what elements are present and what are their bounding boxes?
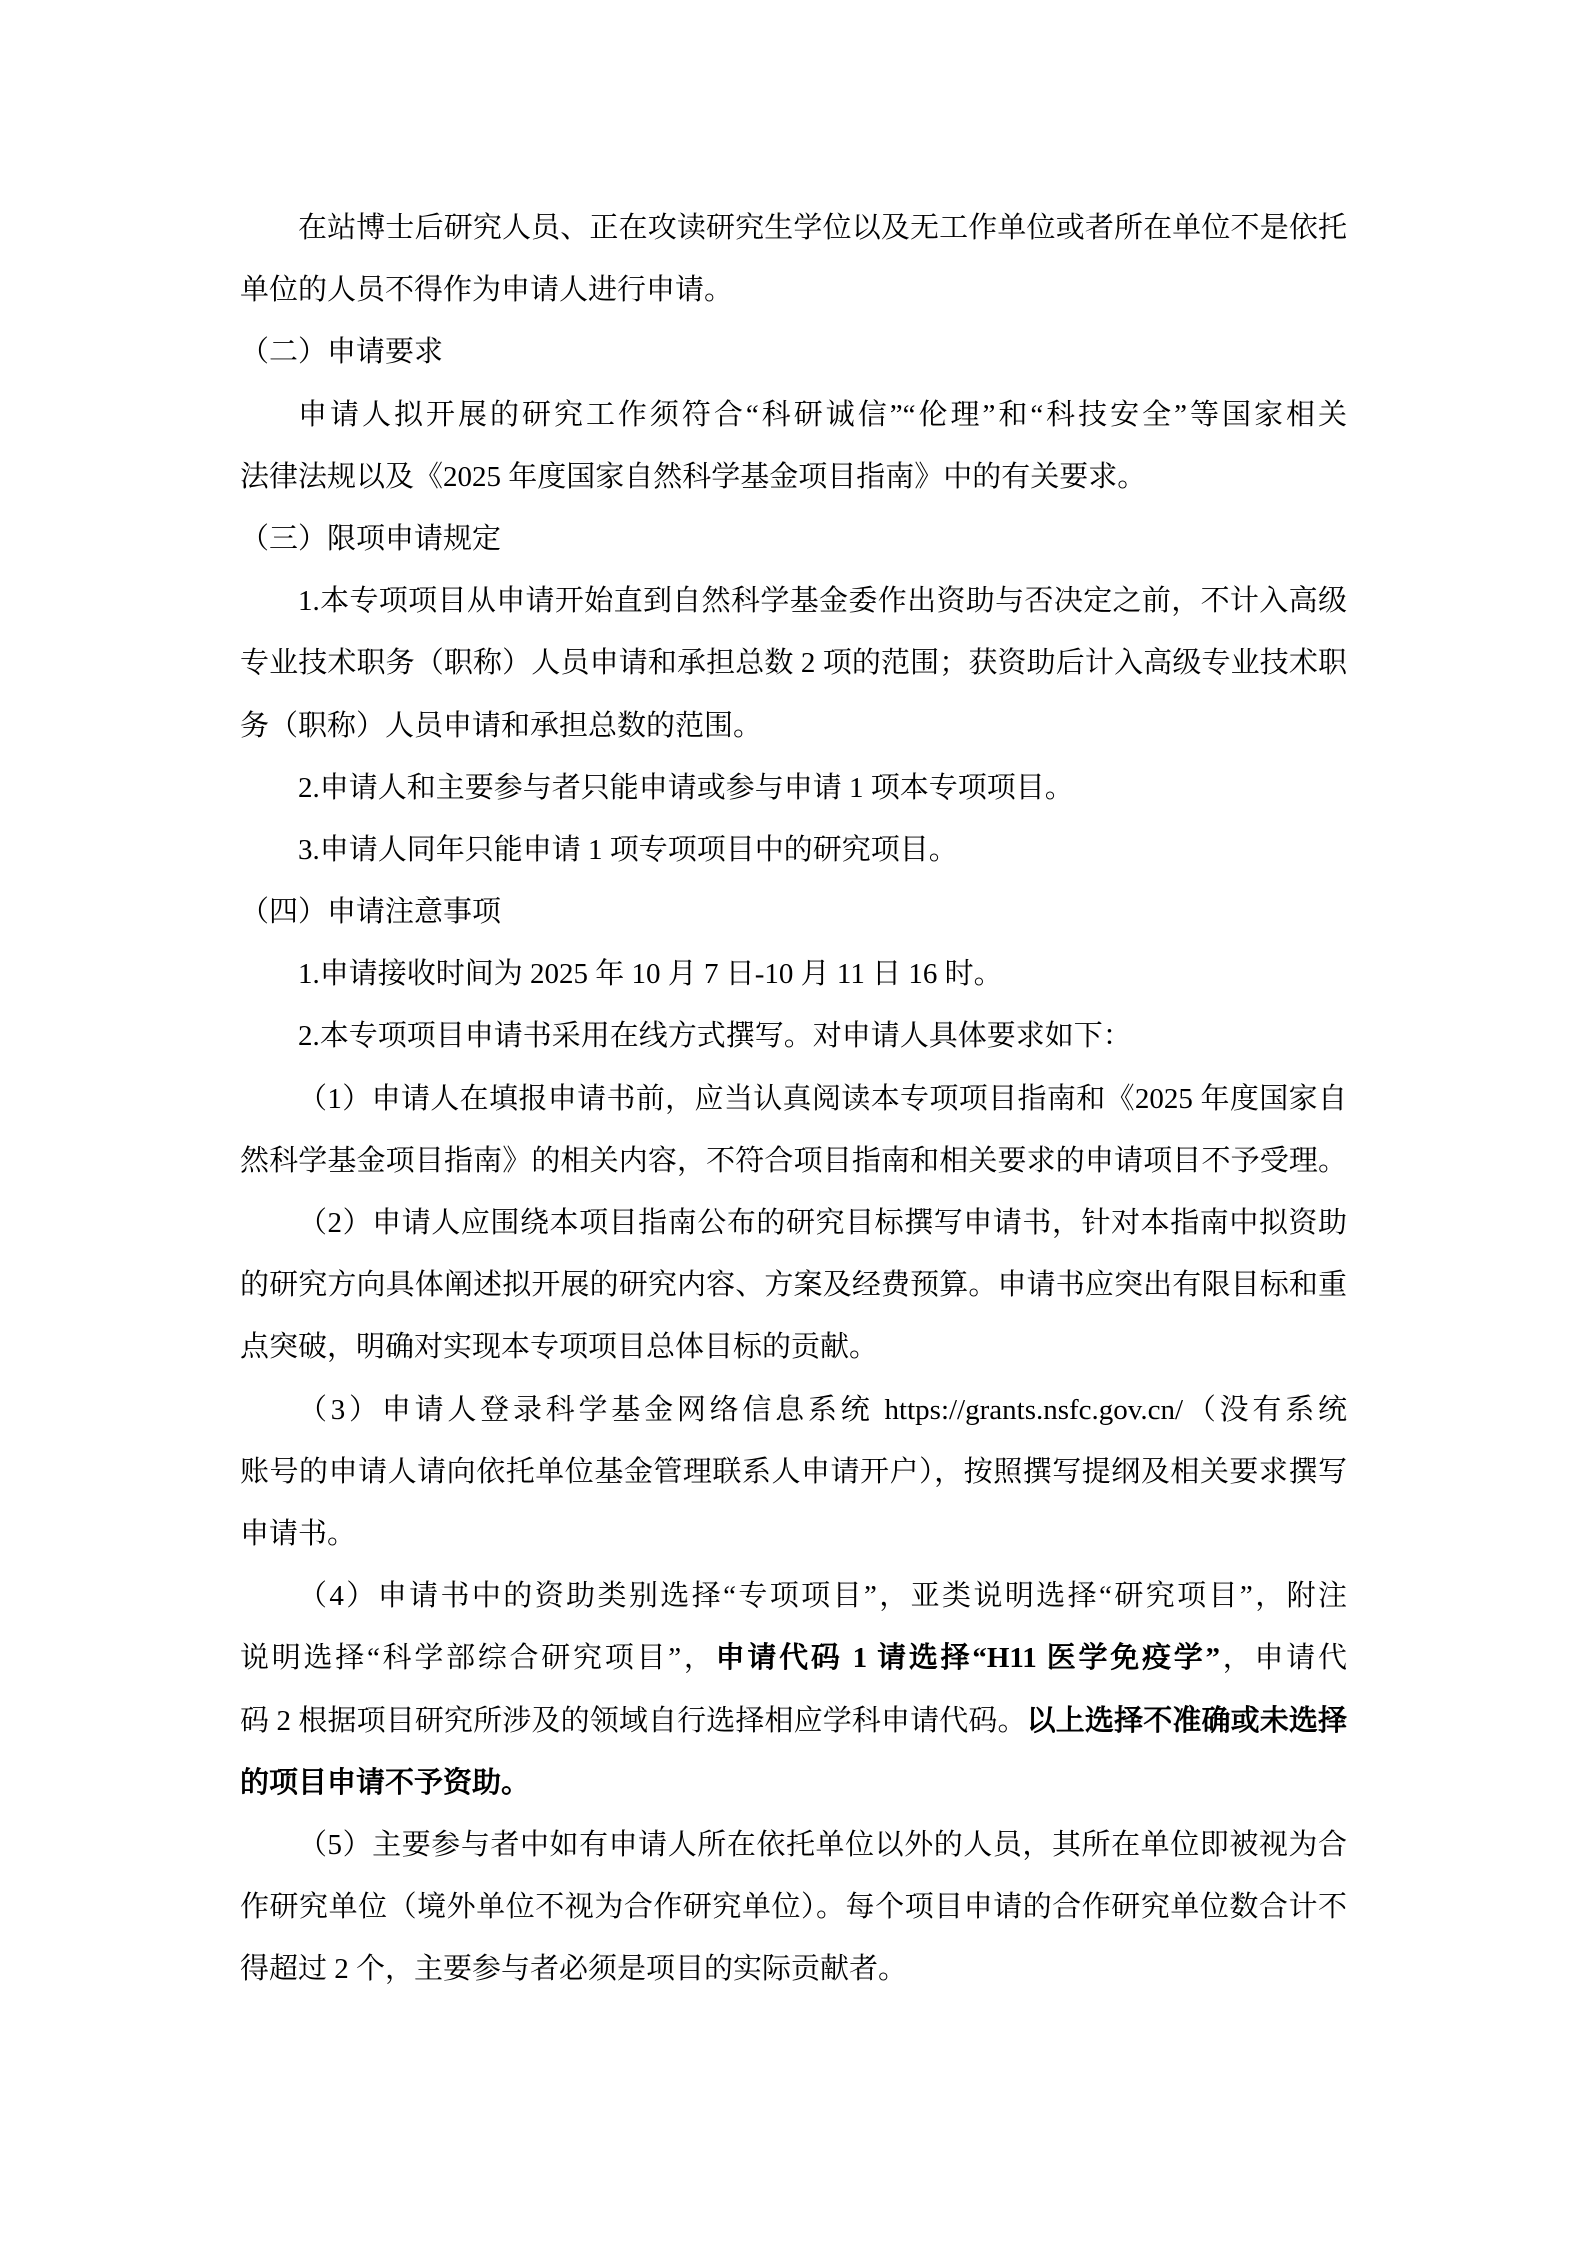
- text-line: 法律法规以及《2025 年度国家自然科学基金项目指南》中的有关要求。: [240, 446, 1347, 508]
- text-segment: 作研究单位（境外单位不视为合作研究单位）。每个项目申请的合作研究单位数合计不: [240, 1891, 1347, 1923]
- text-segment: 1.本专项项目从申请开始直到自然科学基金委作出资助与否决定之前，不计入高级: [298, 585, 1347, 617]
- text-segment: 法律法规以及《2025 年度国家自然科学基金项目指南》中的有关要求。: [240, 461, 1146, 493]
- text-line: 的研究方向具体阐述拟开展的研究内容、方案及经费预算。申请书应突出有限目标和重: [240, 1254, 1347, 1316]
- text-line: 专业技术职务（职称）人员申请和承担总数 2 项的范围；获资助后计入高级专业技术职: [240, 632, 1347, 694]
- text-line: （2）申请人应围绕本项目指南公布的研究目标撰写申请书，针对本指南中拟资助: [240, 1192, 1347, 1254]
- text-segment: （3）申请人登录科学基金网络信息系统 https://grants.nsfc.g…: [298, 1394, 1347, 1426]
- text-segment: （2）申请人应围绕本项目指南公布的研究目标撰写申请书，针对本指南中拟资助: [298, 1207, 1347, 1239]
- text-line: 2.申请人和主要参与者只能申请或参与申请 1 项本专项项目。: [240, 757, 1347, 819]
- text-line: 单位的人员不得作为申请人进行申请。: [240, 259, 1347, 321]
- text-segment: （二）申请要求: [240, 336, 443, 368]
- text-line: 然科学基金项目指南》的相关内容，不符合项目指南和相关要求的申请项目不予受理。: [240, 1130, 1347, 1192]
- text-segment: 说明选择“科学部综合研究项目”，: [240, 1642, 716, 1674]
- text-line: 在站博士后研究人员、正在攻读研究生学位以及无工作单位或者所在单位不是依托: [240, 197, 1347, 259]
- text-line: 点突破，明确对实现本专项项目总体目标的贡献。: [240, 1316, 1347, 1378]
- text-line: 账号的申请人请向依托单位基金管理联系人申请开户），按照撰写提纲及相关要求撰写: [240, 1441, 1347, 1503]
- text-line: 务（职称）人员申请和承担总数的范围。: [240, 695, 1347, 757]
- text-line: （二）申请要求: [240, 321, 1347, 383]
- text-line: （三）限项申请规定: [240, 508, 1347, 570]
- text-line: 作研究单位（境外单位不视为合作研究单位）。每个项目申请的合作研究单位数合计不: [240, 1876, 1347, 1938]
- text-segment: （4）申请书中的资助类别选择“专项项目”，亚类说明选择“研究项目”，附注: [298, 1580, 1347, 1612]
- text-segment: 点突破，明确对实现本专项项目总体目标的贡献。: [240, 1331, 878, 1363]
- text-line: （3）申请人登录科学基金网络信息系统 https://grants.nsfc.g…: [240, 1379, 1347, 1441]
- text-line: 2.本专项项目申请书采用在线方式撰写。对申请人具体要求如下：: [240, 1005, 1347, 1067]
- text-line: 1.申请接收时间为 2025 年 10 月 7 日-10 月 11 日 16 时…: [240, 943, 1347, 1005]
- text-segment: 单位的人员不得作为申请人进行申请。: [240, 274, 733, 306]
- text-segment: 账号的申请人请向依托单位基金管理联系人申请开户），按照撰写提纲及相关要求撰写: [240, 1456, 1347, 1488]
- text-line: （四）申请注意事项: [240, 881, 1347, 943]
- text-line: 申请人拟开展的研究工作须符合“科研诚信”“伦理”和“科技安全”等国家相关: [240, 384, 1347, 446]
- text-segment: 3.申请人同年只能申请 1 项专项项目中的研究项目。: [298, 834, 958, 866]
- document-page: { "page": { "background_color": "#ffffff…: [0, 0, 1587, 2245]
- text-segment: 务（职称）人员申请和承担总数的范围。: [240, 710, 762, 742]
- text-segment: 申请人拟开展的研究工作须符合“科研诚信”“伦理”和“科技安全”等国家相关: [298, 399, 1347, 431]
- text-segment: ，申请代: [1220, 1642, 1347, 1674]
- text-segment-bold: 的项目申请不予资助。: [240, 1767, 530, 1799]
- text-segment: 申请书。: [240, 1518, 356, 1550]
- text-segment-bold: 以上选择不准确或未选择: [1027, 1705, 1347, 1737]
- text-segment: 然科学基金项目指南》的相关内容，不符合项目指南和相关要求的申请项目不予受理。: [240, 1145, 1347, 1177]
- text-line: （1）申请人在填报申请书前，应当认真阅读本专项项目指南和《2025 年度国家自: [240, 1068, 1347, 1130]
- text-line: （4）申请书中的资助类别选择“专项项目”，亚类说明选择“研究项目”，附注: [240, 1565, 1347, 1627]
- text-line: 的项目申请不予资助。: [240, 1752, 1347, 1814]
- document-body: 在站博士后研究人员、正在攻读研究生学位以及无工作单位或者所在单位不是依托单位的人…: [240, 197, 1347, 2000]
- text-line: 说明选择“科学部综合研究项目”，申请代码 1 请选择“H11 医学免疫学”，申请…: [240, 1627, 1347, 1689]
- text-segment: （四）申请注意事项: [240, 896, 501, 928]
- text-line: （5）主要参与者中如有申请人所在依托单位以外的人员，其所在单位即被视为合: [240, 1814, 1347, 1876]
- text-segment: （1）申请人在填报申请书前，应当认真阅读本专项项目指南和《2025 年度国家自: [298, 1083, 1347, 1115]
- text-line: 1.本专项项目从申请开始直到自然科学基金委作出资助与否决定之前，不计入高级: [240, 570, 1347, 632]
- text-segment: 2.申请人和主要参与者只能申请或参与申请 1 项本专项项目。: [298, 772, 1074, 804]
- text-segment: 在站博士后研究人员、正在攻读研究生学位以及无工作单位或者所在单位不是依托: [298, 212, 1347, 244]
- text-segment: （三）限项申请规定: [240, 523, 501, 555]
- text-segment-bold: 申请代码 1 请选择“H11 医学免疫学”: [716, 1642, 1220, 1674]
- text-line: 申请书。: [240, 1503, 1347, 1565]
- text-segment: 1.申请接收时间为 2025 年 10 月 7 日-10 月 11 日 16 时…: [298, 958, 1003, 990]
- text-line: 3.申请人同年只能申请 1 项专项项目中的研究项目。: [240, 819, 1347, 881]
- text-segment: 的研究方向具体阐述拟开展的研究内容、方案及经费预算。申请书应突出有限目标和重: [240, 1269, 1347, 1301]
- text-segment: 专业技术职务（职称）人员申请和承担总数 2 项的范围；获资助后计入高级专业技术职: [240, 647, 1347, 679]
- text-segment: 码 2 根据项目研究所涉及的领域自行选择相应学科申请代码。: [240, 1705, 1027, 1737]
- text-segment: （5）主要参与者中如有申请人所在依托单位以外的人员，其所在单位即被视为合: [298, 1829, 1347, 1861]
- text-line: 得超过 2 个，主要参与者必须是项目的实际贡献者。: [240, 1938, 1347, 2000]
- text-segment: 2.本专项项目申请书采用在线方式撰写。对申请人具体要求如下：: [298, 1020, 1132, 1052]
- text-segment: 得超过 2 个，主要参与者必须是项目的实际贡献者。: [240, 1953, 907, 1985]
- text-line: 码 2 根据项目研究所涉及的领域自行选择相应学科申请代码。以上选择不准确或未选择: [240, 1690, 1347, 1752]
